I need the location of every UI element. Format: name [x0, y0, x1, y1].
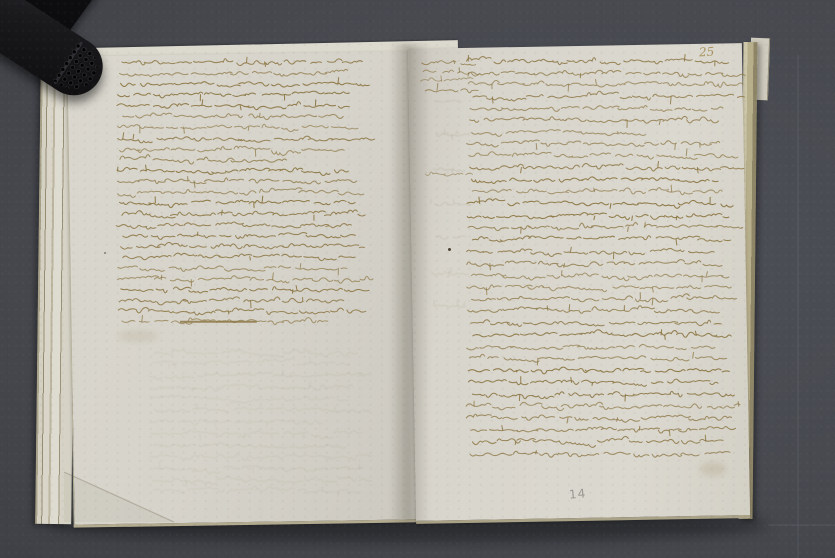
backdrop-seam-vertical	[797, 55, 799, 558]
manuscript-photo: 25 14	[0, 0, 835, 558]
left-page-text	[116, 58, 372, 334]
right-page-margin-note-mid	[421, 170, 471, 182]
ink-speck	[448, 248, 451, 251]
pencil-page-number: 14	[568, 486, 586, 501]
right-page-text	[466, 56, 744, 462]
right-margin-show-through	[430, 96, 468, 336]
ink-speck	[104, 252, 106, 254]
backdrop-seam-horizontal	[768, 524, 835, 526]
folio-number: 25	[699, 45, 715, 60]
left-page-show-through	[148, 348, 372, 506]
right-page-margin-note-top	[420, 58, 478, 98]
gutter-shadow	[390, 44, 430, 522]
paper-stain	[700, 462, 726, 476]
